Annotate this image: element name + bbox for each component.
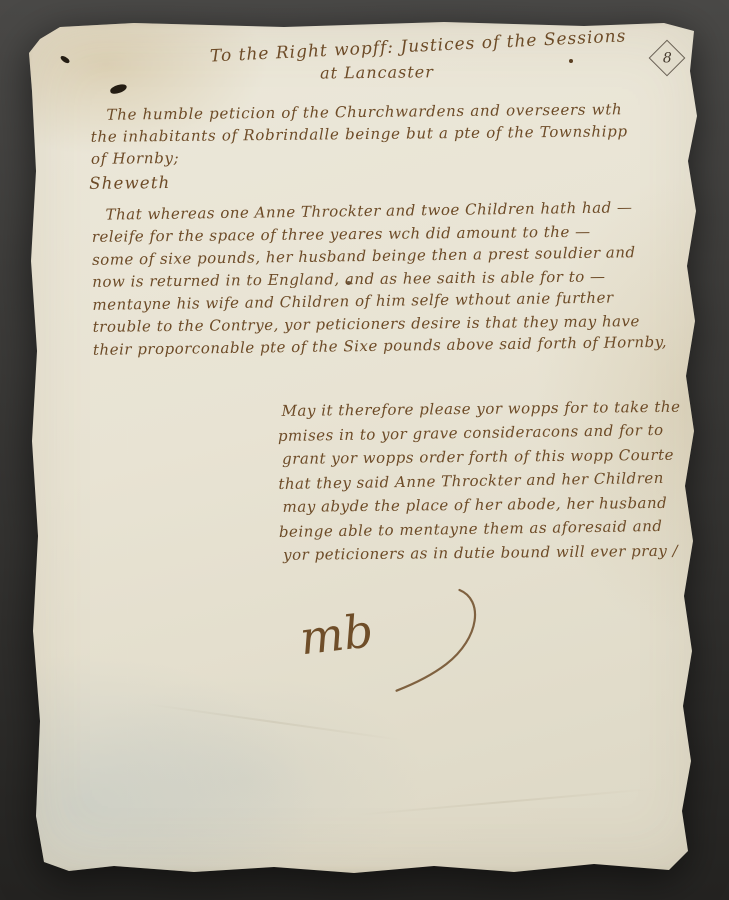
address-paragraph: The humble peticion of the Churchwardens… xyxy=(90,98,628,170)
heading-line: To the Right wopff: Justices of the Sess… xyxy=(210,26,627,66)
body-paragraph: That whereas one Anne Throckter and twoe… xyxy=(91,197,667,361)
scribe-mark: mb xyxy=(297,603,376,665)
heading-line: at Lancaster xyxy=(320,62,434,82)
manuscript-page-wrapper: 8 To the Right wopff: Justices of the Se… xyxy=(24,21,706,874)
manuscript-text: To the Right wopff: Justices of the Sess… xyxy=(20,17,711,877)
photo-background: 8 To the Right wopff: Justices of the Se… xyxy=(0,0,729,900)
prayer-paragraph: May it therefore please yor wopps for to… xyxy=(281,395,682,567)
manuscript-page: 8 To the Right wopff: Justices of the Se… xyxy=(24,21,706,874)
manuscript-line: of Hornby; xyxy=(91,142,628,170)
sheweth-heading: Sheweth xyxy=(89,173,170,193)
pen-flourish-icon xyxy=(387,586,498,697)
